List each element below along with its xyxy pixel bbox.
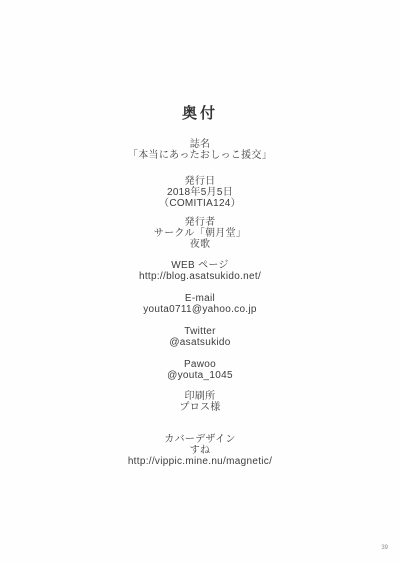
circle-name: サークル「朝月堂」 bbox=[0, 228, 400, 239]
cover-design-url: http://vippic.mine.nu/magnetic/ bbox=[0, 456, 400, 467]
page-number: 39 bbox=[381, 545, 388, 552]
cover-design-section: カバーデザイン すね http://vippic.mine.nu/magneti… bbox=[0, 434, 400, 467]
printer-label: 印刷所 bbox=[0, 391, 400, 402]
web-section: WEB ページ http://blog.asatsukido.net/ bbox=[0, 260, 400, 282]
publish-date-label: 発行日 bbox=[0, 176, 400, 187]
publisher-label: 発行者 bbox=[0, 217, 400, 228]
cover-designer-name: すね bbox=[0, 445, 400, 456]
page-title: 奥付 bbox=[0, 0, 400, 123]
printer-section: 印刷所 プロス様 bbox=[0, 391, 400, 413]
twitter-section: Twitter @asatsukido bbox=[0, 326, 400, 348]
email-section: E-mail youta0711@yahoo.co.jp bbox=[0, 293, 400, 315]
book-title-label: 誌名 bbox=[0, 139, 400, 150]
twitter-label: Twitter bbox=[0, 326, 400, 337]
email-label: E-mail bbox=[0, 293, 400, 304]
pawoo-label: Pawoo bbox=[0, 359, 400, 370]
printer-name: プロス様 bbox=[0, 402, 400, 413]
author-name: 夜歌 bbox=[0, 239, 400, 250]
email-address: youta0711@yahoo.co.jp bbox=[0, 304, 400, 315]
publish-date: 2018年5月5日 bbox=[0, 187, 400, 198]
book-title-section: 誌名 「本当にあったおしっこ援交」 bbox=[0, 139, 400, 161]
book-title: 「本当にあったおしっこ援交」 bbox=[0, 150, 400, 161]
colophon-page: 奥付 誌名 「本当にあったおしっこ援交」 発行日 2018年5月5日 （COMI… bbox=[0, 0, 400, 565]
twitter-handle: @asatsukido bbox=[0, 337, 400, 348]
publish-event: （COMITIA124） bbox=[0, 198, 400, 209]
pawoo-section: Pawoo @youta_1045 bbox=[0, 359, 400, 381]
pawoo-handle: @youta_1045 bbox=[0, 370, 400, 381]
publisher-section: 発行者 サークル「朝月堂」 夜歌 bbox=[0, 217, 400, 250]
publish-date-section: 発行日 2018年5月5日 （COMITIA124） bbox=[0, 176, 400, 209]
web-label: WEB ページ bbox=[0, 260, 400, 271]
web-url: http://blog.asatsukido.net/ bbox=[0, 271, 400, 282]
cover-design-label: カバーデザイン bbox=[0, 434, 400, 445]
